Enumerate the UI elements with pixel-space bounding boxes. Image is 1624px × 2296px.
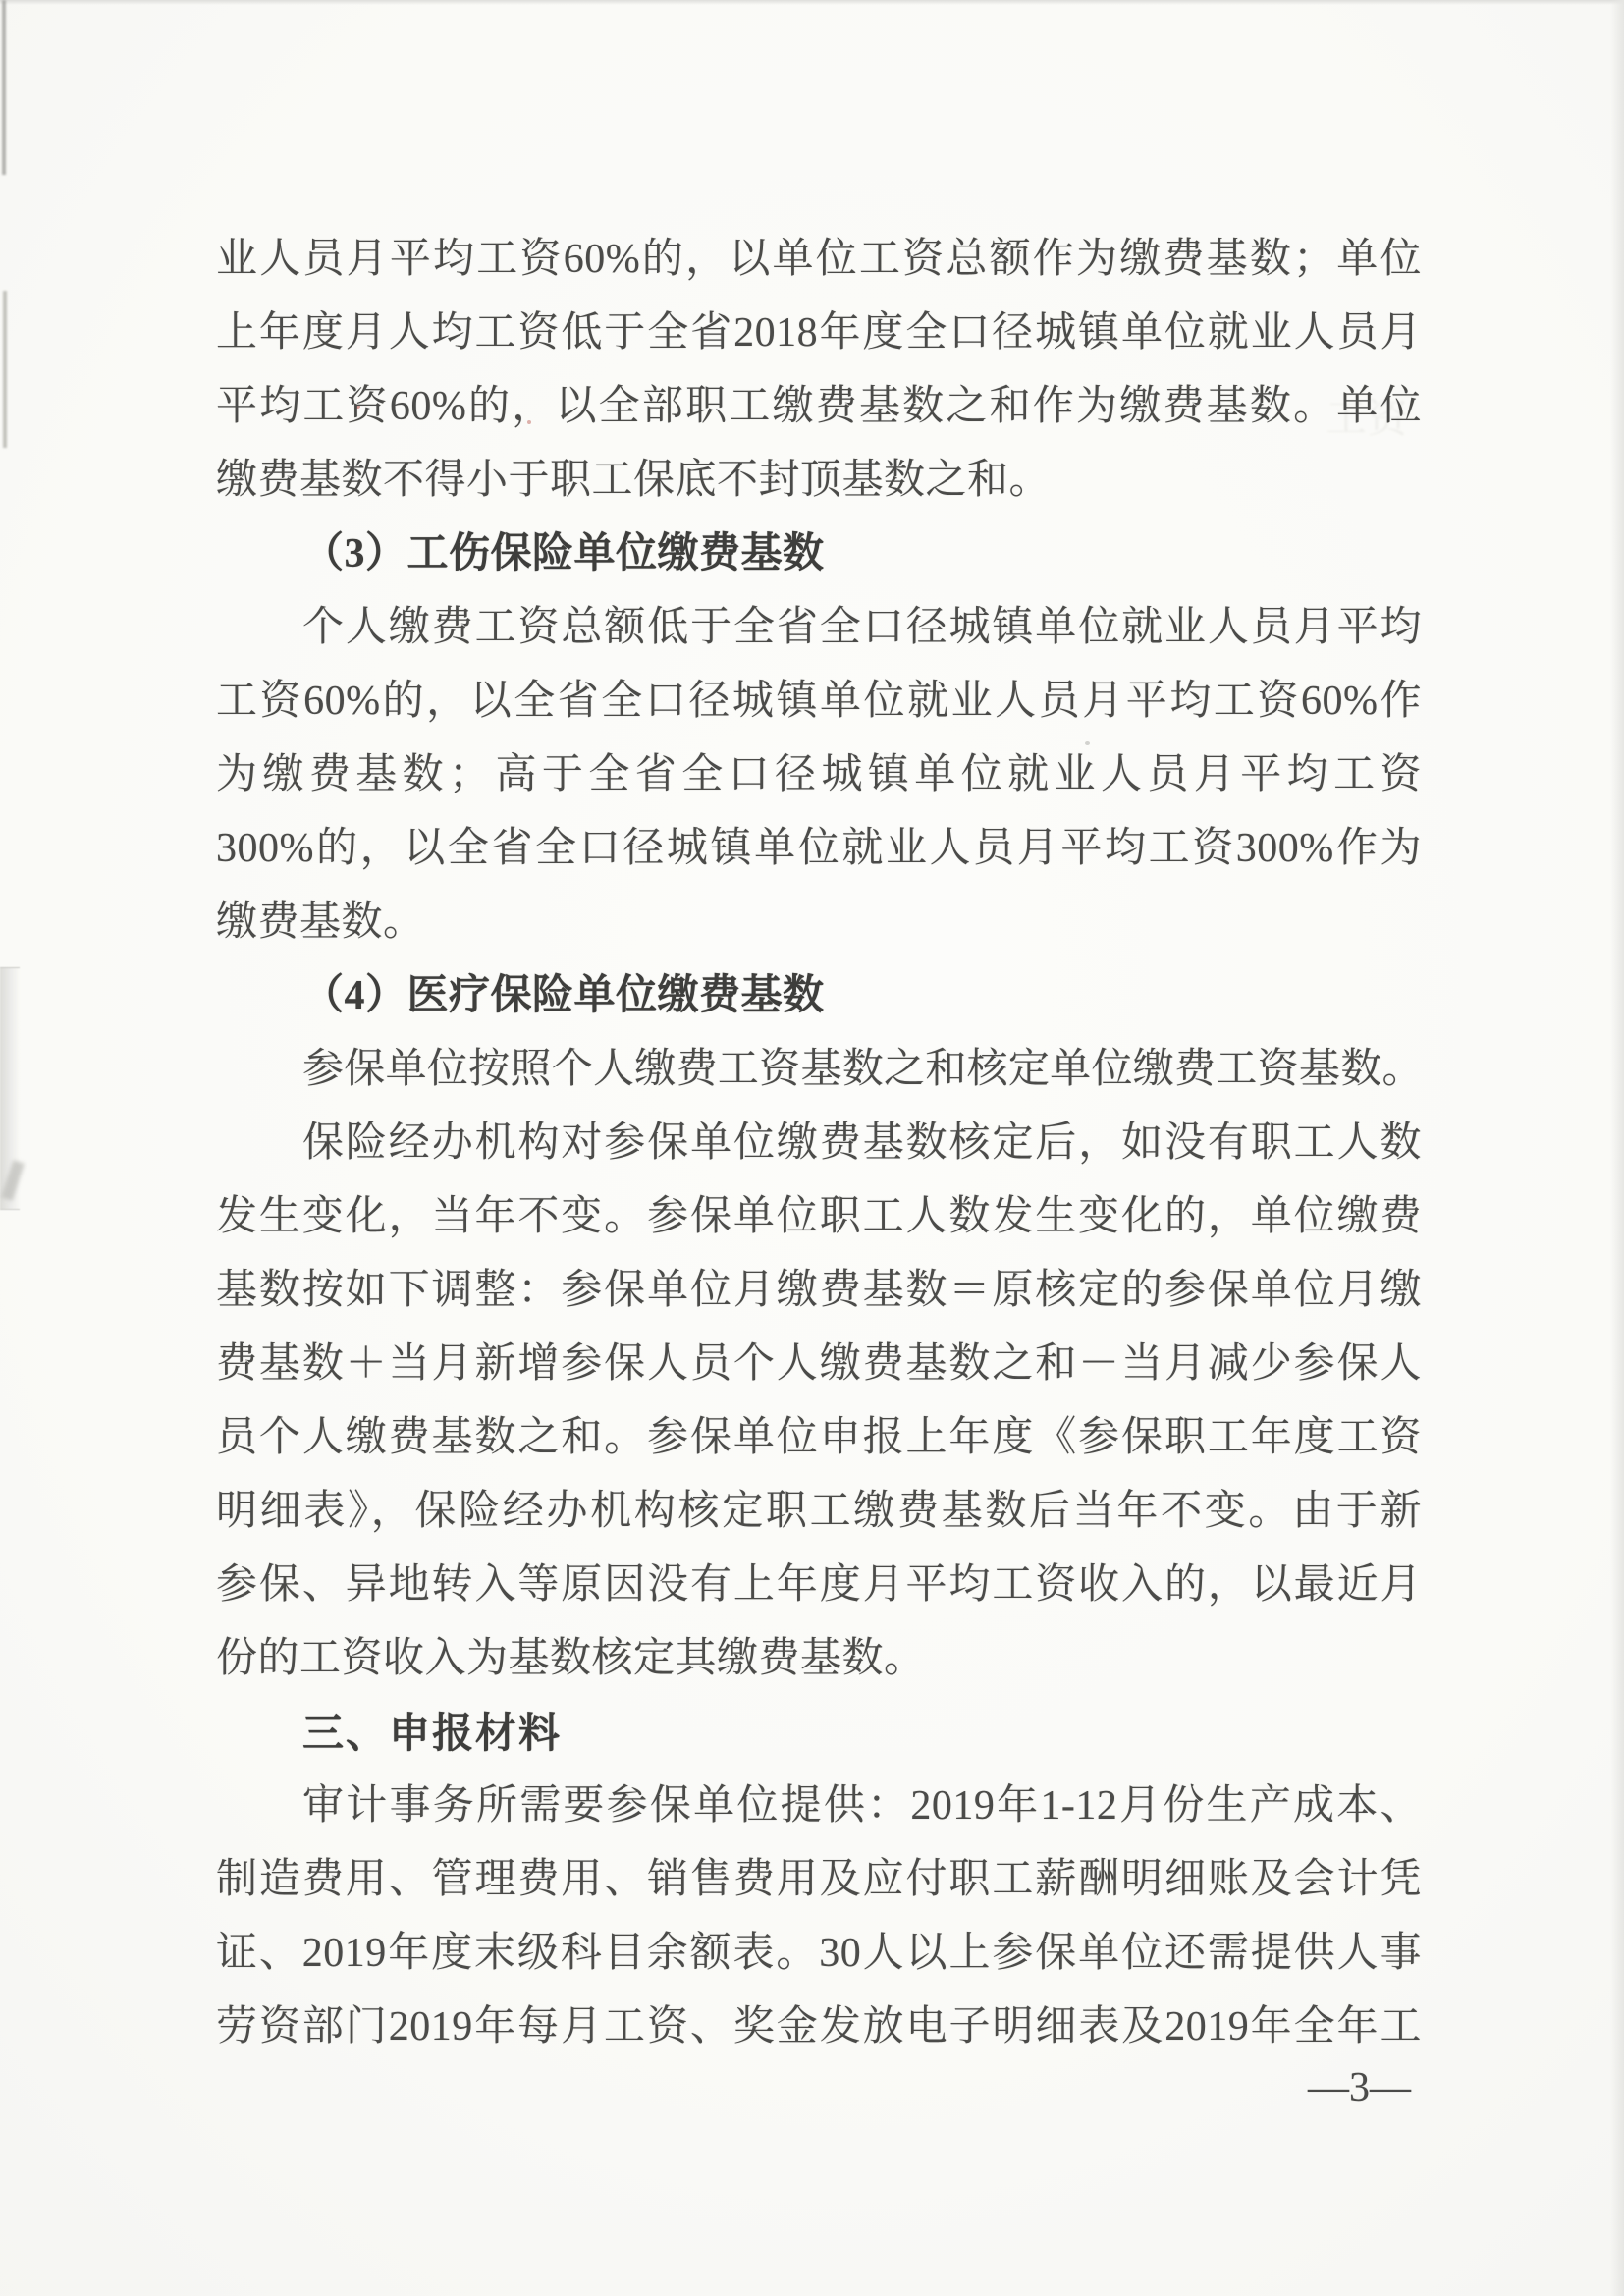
section-heading-materials: 三、申报材料: [216, 1696, 1422, 1770]
text-line: 基数按如下调整：参保单位月缴费基数＝原核定的参保单位月缴: [216, 1254, 1422, 1328]
text-line: 参保、异地转入等原因没有上年度月平均工资收入的，以最近月: [216, 1549, 1422, 1622]
text-line: 份的工资收入为基数核定其缴费基数。: [216, 1622, 1422, 1696]
page-right-edge-shadow: [1610, 0, 1624, 2296]
text-line: 个人缴费工资总额低于全省全口径城镇单位就业人员月平均: [216, 591, 1422, 665]
text-line: 工资60%的，以全省全口径城镇单位就业人员月平均工资60%作: [216, 665, 1422, 738]
text-line: 劳资部门2019年每月工资、奖金发放电子明细表及2019年全年工: [216, 1991, 1422, 2064]
text-line: 保险经办机构对参保单位缴费基数核定后，如没有职工人数: [216, 1107, 1422, 1180]
text-line: 参保单位按照个人缴费工资基数之和核定单位缴费工资基数。: [216, 1033, 1422, 1107]
page-top-edge-shadow: [0, 0, 1624, 5]
section-heading-3: （3）工伤保险单位缴费基数: [216, 518, 1422, 591]
text-line: 费基数＋当月新增参保人员个人缴费基数之和－当月减少参保人: [216, 1328, 1422, 1401]
text-line: 缴费基数。: [216, 886, 1422, 959]
text-line: 平均工资60%的，以全部职工缴费基数之和作为缴费基数。单位: [216, 370, 1422, 444]
text-line: 审计事务所需要参保单位提供：2019年1-12月份生产成本、: [216, 1770, 1422, 1843]
section-heading-4: （4）医疗保险单位缴费基数: [216, 959, 1422, 1033]
text-line: 300%的，以全省全口径城镇单位就业人员月平均工资300%作为: [216, 812, 1422, 886]
scanned-document-page: 工资 业人员月平均工资60%的，以单位工资总额作为缴费基数；单位 上年度月人均工…: [0, 0, 1624, 2296]
text-line: 证、2019年度末级科目余额表。30人以上参保单位还需提供人事: [216, 1917, 1422, 1991]
text-line: 员个人缴费基数之和。参保单位申报上年度《参保职工年度工资: [216, 1401, 1422, 1475]
page-number: —3—: [1308, 2062, 1445, 2113]
binding-mark: [3, 291, 7, 448]
document-body: 业人员月平均工资60%的，以单位工资总额作为缴费基数；单位 上年度月人均工资低于…: [216, 223, 1422, 2064]
text-line: 缴费基数不得小于职工保底不封顶基数之和。: [216, 444, 1422, 518]
binding-mark: [2, 0, 6, 175]
text-line: 明细表》，保险经办机构核定职工缴费基数后当年不变。由于新: [216, 1475, 1422, 1549]
text-line: 业人员月平均工资60%的，以单位工资总额作为缴费基数；单位: [216, 223, 1422, 297]
text-line: 制造费用、管理费用、销售费用及应付职工薪酬明细账及会计凭: [216, 1843, 1422, 1917]
text-line: 发生变化，当年不变。参保单位职工人数发生变化的，单位缴费: [216, 1180, 1422, 1254]
text-line: 上年度月人均工资低于全省2018年度全口径城镇单位就业人员月: [216, 297, 1422, 370]
text-line: 为缴费基数；高于全省全口径城镇单位就业人员月平均工资: [216, 738, 1422, 812]
